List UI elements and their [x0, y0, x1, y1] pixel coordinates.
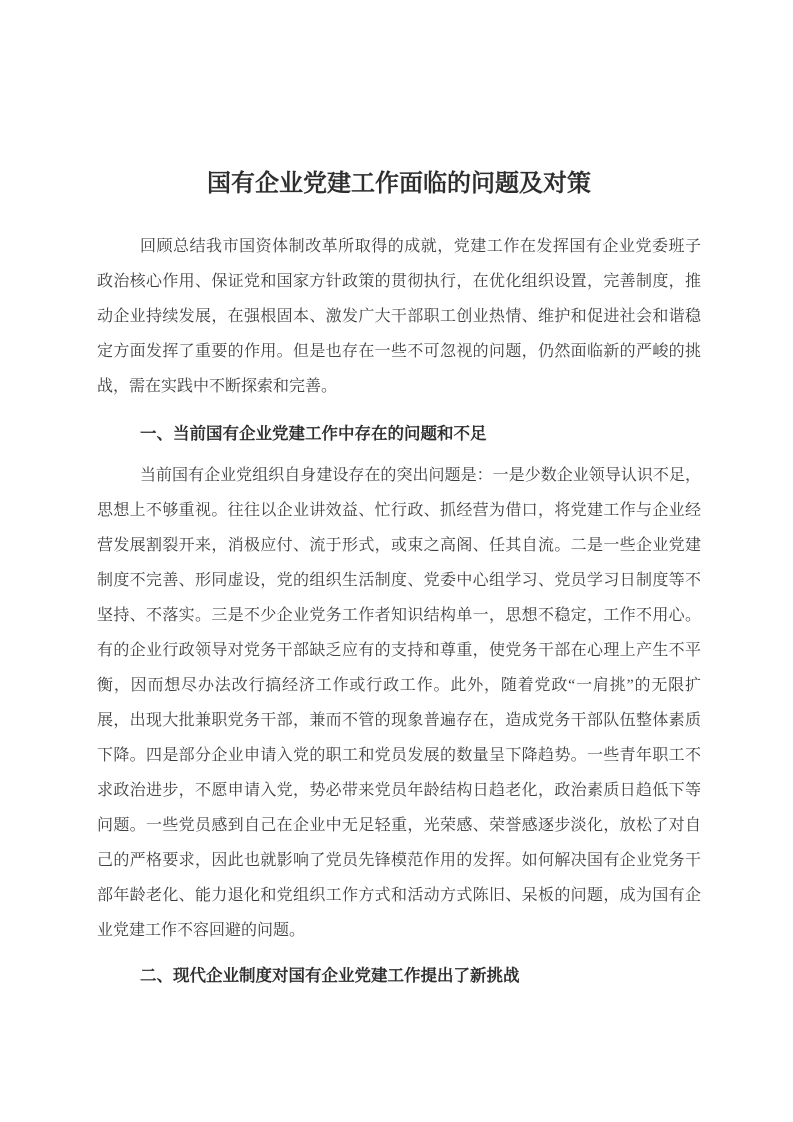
- text-line: 衡，因而想尽办法改行搞经济工作或行政工作。此外，随着党政“一肩挑”的无限扩: [97, 668, 701, 703]
- text-line: 展，出现大批兼职党务干部，兼而不管的现象普遍存在，造成党务干部队伍整体素质: [97, 703, 701, 738]
- text-line: 业党建工作不容回避的问题。: [97, 913, 701, 948]
- text-line: 己的严格要求，因此也就影响了党员先锋模范作用的发挥。如何解决国有企业党务干: [97, 843, 701, 878]
- text-line: 有的企业行政领导对党务干部缺乏应有的支持和尊重，使党务干部在心理上产生不平: [97, 633, 701, 668]
- body-paragraph: 当前国有企业党组织自身建设存在的突出问题是：一是少数企业领导认识不足，思想上不够…: [97, 458, 701, 948]
- text-line: 部年龄老化、能力退化和党组织工作方式和活动方式陈旧、呆板的问题，成为国有企: [97, 878, 701, 913]
- document-body: 回顾总结我市国资体制改革所取得的成就，党建工作在发挥国有企业党委班子政治核心作用…: [97, 229, 701, 993]
- text-line: 制度不完善、形同虚设，党的组织生活制度、党委中心组学习、党员学习日制度等不: [97, 563, 701, 598]
- text-line: 回顾总结我市国资体制改革所取得的成就，党建工作在发挥国有企业党委班子: [97, 229, 701, 264]
- text-line: 政治核心作用、保证党和国家方针政策的贯彻执行，在优化组织设置，完善制度，推: [97, 264, 701, 299]
- text-line: 求政治进步，不愿申请入党，势必带来党员年龄结构日趋老化，政治素质日趋低下等: [97, 773, 701, 808]
- text-line: 当前国有企业党组织自身建设存在的突出问题是：一是少数企业领导认识不足，: [97, 458, 701, 493]
- document-page: 国有企业党建工作面临的问题及对策 回顾总结我市国资体制改革所取得的成就，党建工作…: [0, 0, 793, 1122]
- section-heading-1: 一、当前国有企业党建工作中存在的问题和不足: [97, 416, 701, 451]
- text-line: 战，需在实践中不断探索和完善。: [97, 369, 701, 404]
- text-line: 营发展割裂开来，消极应付、流于形式，或束之高阁、任其自流。二是一些企业党建: [97, 528, 701, 563]
- text-line: 坚持、不落实。三是不少企业党务工作者知识结构单一，思想不稳定，工作不用心。: [97, 598, 701, 633]
- text-line: 下降。四是部分企业申请入党的职工和党员发展的数量呈下降趋势。一些青年职工不: [97, 738, 701, 773]
- text-line: 问题。一些党员感到自己在企业中无足轻重，光荣感、荣誉感逐步淡化，放松了对自: [97, 808, 701, 843]
- section-heading-2: 二、现代企业制度对国有企业党建工作提出了新挑战: [97, 958, 701, 993]
- text-line: 思想上不够重视。往往以企业讲效益、忙行政、抓经营为借口，将党建工作与企业经: [97, 493, 701, 528]
- document-title: 国有企业党建工作面临的问题及对策: [97, 166, 701, 202]
- body-paragraph: 回顾总结我市国资体制改革所取得的成就，党建工作在发挥国有企业党委班子政治核心作用…: [97, 229, 701, 404]
- text-line: 动企业持续发展，在强根固本、激发广大干部职工创业热情、维护和促进社会和谐稳: [97, 299, 701, 334]
- text-line: 定方面发挥了重要的作用。但是也存在一些不可忽视的问题，仍然面临新的严峻的挑: [97, 334, 701, 369]
